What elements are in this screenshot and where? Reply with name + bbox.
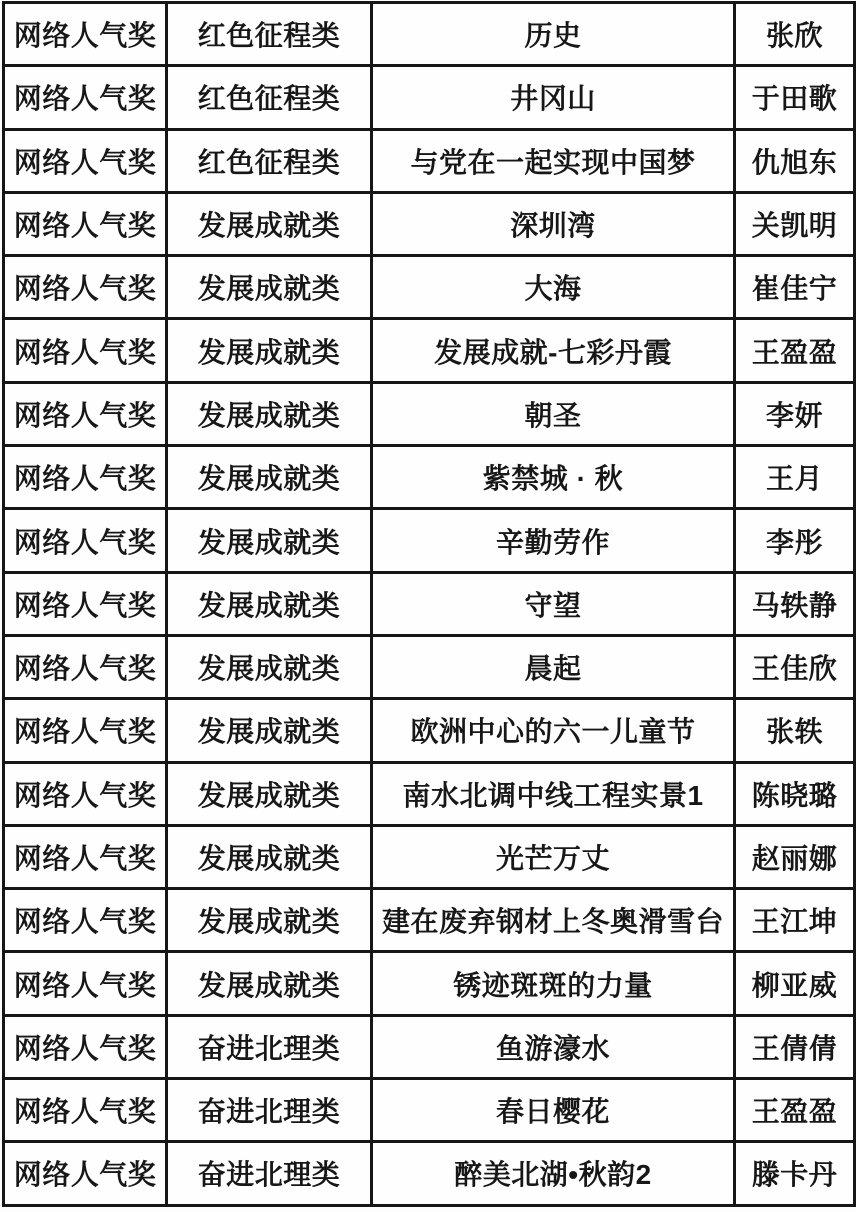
table-row: 网络人气奖发展成就类建在废弃钢材上冬奥滑雪台王江坤: [4, 889, 855, 952]
table-row: 网络人气奖奋进北理类春日樱花王盈盈: [4, 1079, 855, 1142]
table-cell-author: 马轶静: [735, 572, 855, 635]
table-cell-work-title: 鱼游濠水: [372, 1015, 735, 1078]
table-cell-award: 网络人气奖: [4, 66, 167, 129]
table-row: 网络人气奖奋进北理类鱼游濠水王倩倩: [4, 1015, 855, 1078]
table-cell-work-title: 朝圣: [372, 382, 735, 445]
table-cell-work-title: 发展成就-七彩丹霞: [372, 319, 735, 382]
table-cell-award: 网络人气奖: [4, 319, 167, 382]
table-row: 网络人气奖发展成就类晨起王佳欣: [4, 635, 855, 698]
table-cell-author: 王江坤: [735, 889, 855, 952]
table-cell-category: 发展成就类: [167, 256, 372, 319]
table-row: 网络人气奖发展成就类辛勤劳作李彤: [4, 509, 855, 572]
table-cell-work-title: 光芒万丈: [372, 825, 735, 888]
table-cell-author: 王倩倩: [735, 1015, 855, 1078]
table-cell-award: 网络人气奖: [4, 1079, 167, 1142]
table-cell-category: 奋进北理类: [167, 1015, 372, 1078]
award-list-table: 网络人气奖红色征程类历史张欣网络人气奖红色征程类井冈山于田歌网络人气奖红色征程类…: [2, 1, 856, 1207]
table-cell-author: 仇旭东: [735, 129, 855, 192]
table-row: 网络人气奖发展成就类南水北调中线工程实景1陈晓璐: [4, 762, 855, 825]
table-row: 网络人气奖发展成就类发展成就-七彩丹霞王盈盈: [4, 319, 855, 382]
table-cell-work-title: 历史: [372, 3, 735, 66]
table-cell-author: 赵丽娜: [735, 825, 855, 888]
table-cell-work-title: 大海: [372, 256, 735, 319]
table-cell-work-title: 醉美北湖•秋韵2: [372, 1142, 735, 1205]
table-cell-award: 网络人气奖: [4, 192, 167, 255]
table-cell-author: 张轶: [735, 699, 855, 762]
table-cell-award: 网络人气奖: [4, 952, 167, 1015]
table-row: 网络人气奖发展成就类光芒万丈赵丽娜: [4, 825, 855, 888]
table-cell-category: 发展成就类: [167, 635, 372, 698]
table-cell-category: 发展成就类: [167, 889, 372, 952]
table-row: 网络人气奖奋进北理类醉美北湖•秋韵2滕卡丹: [4, 1142, 855, 1205]
document-page: 网络人气奖红色征程类历史张欣网络人气奖红色征程类井冈山于田歌网络人气奖红色征程类…: [0, 0, 856, 1212]
table-cell-award: 网络人气奖: [4, 446, 167, 509]
table-cell-author: 王盈盈: [735, 319, 855, 382]
table-cell-category: 发展成就类: [167, 825, 372, 888]
table-cell-work-title: 南水北调中线工程实景1: [372, 762, 735, 825]
table-row: 网络人气奖红色征程类历史张欣: [4, 3, 855, 66]
table-cell-category: 发展成就类: [167, 192, 372, 255]
table-cell-award: 网络人气奖: [4, 1142, 167, 1205]
table-cell-category: 奋进北理类: [167, 1142, 372, 1205]
table-cell-category: 发展成就类: [167, 382, 372, 445]
table-cell-work-title: 锈迹斑斑的力量: [372, 952, 735, 1015]
table-cell-category: 发展成就类: [167, 952, 372, 1015]
table-cell-award: 网络人气奖: [4, 635, 167, 698]
table-row: 网络人气奖发展成就类大海崔佳宁: [4, 256, 855, 319]
table-cell-work-title: 辛勤劳作: [372, 509, 735, 572]
table-cell-category: 红色征程类: [167, 129, 372, 192]
table-cell-award: 网络人气奖: [4, 889, 167, 952]
table-row: 网络人气奖发展成就类深圳湾关凯明: [4, 192, 855, 255]
table-cell-author: 李妍: [735, 382, 855, 445]
table-cell-category: 发展成就类: [167, 319, 372, 382]
table-cell-category: 红色征程类: [167, 3, 372, 66]
award-table-body: 网络人气奖红色征程类历史张欣网络人气奖红色征程类井冈山于田歌网络人气奖红色征程类…: [4, 3, 855, 1206]
table-cell-award: 网络人气奖: [4, 3, 167, 66]
table-cell-author: 王盈盈: [735, 1079, 855, 1142]
table-cell-author: 王佳欣: [735, 635, 855, 698]
table-cell-work-title: 欧洲中心的六一儿童节: [372, 699, 735, 762]
table-cell-category: 发展成就类: [167, 509, 372, 572]
table-cell-category: 发展成就类: [167, 762, 372, 825]
table-cell-work-title: 春日樱花: [372, 1079, 735, 1142]
table-cell-work-title: 井冈山: [372, 66, 735, 129]
table-row: 网络人气奖发展成就类朝圣李妍: [4, 382, 855, 445]
table-cell-author: 王月: [735, 446, 855, 509]
table-cell-award: 网络人气奖: [4, 572, 167, 635]
table-cell-award: 网络人气奖: [4, 129, 167, 192]
table-row: 网络人气奖发展成就类紫禁城 · 秋王月: [4, 446, 855, 509]
table-cell-work-title: 紫禁城 · 秋: [372, 446, 735, 509]
table-cell-category: 发展成就类: [167, 572, 372, 635]
table-cell-work-title: 晨起: [372, 635, 735, 698]
table-row: 网络人气奖发展成就类欧洲中心的六一儿童节张轶: [4, 699, 855, 762]
table-cell-work-title: 深圳湾: [372, 192, 735, 255]
table-row: 网络人气奖发展成就类锈迹斑斑的力量柳亚威: [4, 952, 855, 1015]
table-cell-author: 李彤: [735, 509, 855, 572]
table-cell-category: 发展成就类: [167, 446, 372, 509]
table-cell-award: 网络人气奖: [4, 256, 167, 319]
table-cell-author: 张欣: [735, 3, 855, 66]
table-cell-award: 网络人气奖: [4, 509, 167, 572]
table-cell-author: 于田歌: [735, 66, 855, 129]
table-cell-award: 网络人气奖: [4, 699, 167, 762]
table-cell-author: 柳亚威: [735, 952, 855, 1015]
table-cell-award: 网络人气奖: [4, 762, 167, 825]
table-cell-author: 滕卡丹: [735, 1142, 855, 1205]
table-cell-award: 网络人气奖: [4, 825, 167, 888]
table-cell-author: 陈晓璐: [735, 762, 855, 825]
table-cell-category: 红色征程类: [167, 66, 372, 129]
table-cell-work-title: 与党在一起实现中国梦: [372, 129, 735, 192]
table-row: 网络人气奖红色征程类与党在一起实现中国梦仇旭东: [4, 129, 855, 192]
table-cell-author: 关凯明: [735, 192, 855, 255]
table-cell-work-title: 守望: [372, 572, 735, 635]
table-cell-category: 发展成就类: [167, 699, 372, 762]
table-cell-category: 奋进北理类: [167, 1079, 372, 1142]
table-cell-award: 网络人气奖: [4, 1015, 167, 1078]
table-row: 网络人气奖红色征程类井冈山于田歌: [4, 66, 855, 129]
table-cell-award: 网络人气奖: [4, 382, 167, 445]
table-cell-author: 崔佳宁: [735, 256, 855, 319]
table-cell-work-title: 建在废弃钢材上冬奥滑雪台: [372, 889, 735, 952]
table-row: 网络人气奖发展成就类守望马轶静: [4, 572, 855, 635]
